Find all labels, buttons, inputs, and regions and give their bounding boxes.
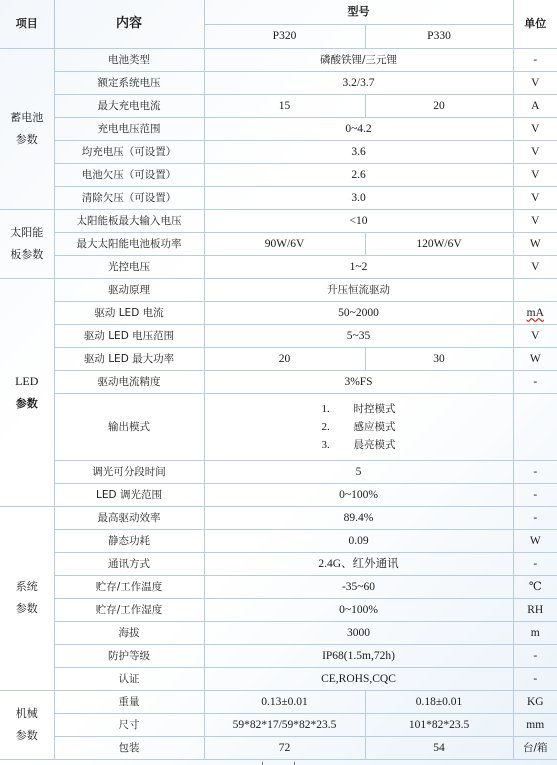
item-value: 0~100% [204, 598, 513, 621]
item-unit: V [513, 117, 557, 140]
header-item: 项目 [0, 0, 54, 48]
item-unit: - [513, 552, 557, 575]
table-row: 调光可分段时间 5 - [0, 460, 557, 483]
modes-list: 1.时控模式 2.感应模式 3.晨亮模式 [322, 398, 396, 456]
item-value: 0~4.2 [204, 117, 513, 140]
table-row: 系统 参数 最高驱动效率 89.4% - [0, 506, 557, 529]
item-value-p320: 0.13±0.01 [204, 690, 365, 713]
item-unit: m [513, 621, 557, 644]
item-unit: - [513, 48, 557, 71]
item-label: 驱动 LED 电流 [54, 301, 204, 324]
group-label-line: 蓄电池 [10, 111, 43, 124]
group-label-line: 参数 [16, 397, 38, 410]
item-value: 3.0 [204, 186, 513, 209]
group-label-line: 机械 [16, 707, 38, 720]
item-unit: - [513, 644, 557, 667]
item-value: 5 [204, 460, 513, 483]
table-row: 认证 CE,ROHS,CQC - [0, 667, 557, 690]
table-row: 清除欠压（可设置） 3.0 V [0, 186, 557, 209]
item-unit: W [513, 232, 557, 255]
item-label: 充电电压范围 [54, 117, 204, 140]
item-label: 最高驱动效率 [54, 506, 204, 529]
header-model-p330: P330 [365, 24, 513, 48]
table-row: 通讯方式 2.4G、红外通讯 - [0, 552, 557, 575]
item-unit: KG [513, 690, 557, 713]
item-value: 50~2000 [204, 301, 513, 324]
item-label: 防护等级 [54, 644, 204, 667]
item-label: 驱动原理 [54, 278, 204, 301]
item-unit [513, 393, 557, 460]
group-label-line: 参数 [16, 133, 38, 146]
table-row: 最大太阳能电池板功率 90W/6V 120W/6V W [0, 232, 557, 255]
item-unit: - [513, 483, 557, 506]
item-value: IP68(1.5m,72h) [204, 644, 513, 667]
group-battery: 蓄电池 参数 [0, 48, 54, 209]
table-row: 机械 参数 重量 0.13±0.01 0.18±0.01 KG [0, 690, 557, 713]
table-row: 包装 72 54 台/箱 [0, 736, 557, 759]
item-value: 3.6 [204, 140, 513, 163]
table-row: 充电电压范围 0~4.2 V [0, 117, 557, 140]
table-row: 太阳能 板参数 太阳能板最大输入电压 <10 V [0, 209, 557, 232]
mode-item: 1.时控模式 [322, 400, 396, 418]
output-modes: 1.时控模式 2.感应模式 3.晨亮模式 [204, 393, 513, 460]
item-value-p330: 54 [365, 736, 513, 759]
item-value: 2.6 [204, 163, 513, 186]
group-label-line: 系统 [16, 580, 38, 593]
item-label: 包装 [54, 736, 204, 759]
group-label-line: LED [15, 374, 38, 388]
group-led: LED 参数 [0, 278, 54, 506]
item-value: -35~60 [204, 575, 513, 598]
table-row: 蓄电池 参数 电池类型 磷酸铁锂/三元锂 - [0, 48, 557, 71]
table-row: 驱动电流精度 3%FS - [0, 370, 557, 393]
item-unit: 台/箱 [513, 736, 557, 759]
table-row: 尺寸 59*82*17/59*82*23.5 101*82*23.5 mm [0, 713, 557, 736]
item-value-p320: 59*82*17/59*82*23.5 [204, 713, 365, 736]
mode-number: 3. [322, 436, 354, 454]
item-label: 认证 [54, 667, 204, 690]
mode-number: 1. [322, 400, 354, 418]
table-row: 额定系统电压 3.2/3.7 V [0, 71, 557, 94]
table-row: LED 调光范围 0~100% - [0, 483, 557, 506]
table-row: 驱动 LED 最大功率 20 30 W [0, 347, 557, 370]
item-unit: RH [513, 598, 557, 621]
table-row: 海拔 3000 m [0, 621, 557, 644]
item-unit: V [513, 71, 557, 94]
item-label: 电池类型 [54, 48, 204, 71]
item-unit: A [513, 94, 557, 117]
mode-number: 2. [322, 418, 354, 436]
item-value: 3000 [204, 621, 513, 644]
item-value-p330: 0.18±0.01 [365, 690, 513, 713]
header-model: 型号 [204, 0, 513, 24]
table-row: 电池欠压（可设置） 2.6 V [0, 163, 557, 186]
item-label: 静态功耗 [54, 529, 204, 552]
item-label: 海拔 [54, 621, 204, 644]
item-label: 输出模式 [54, 393, 204, 460]
item-label: 驱动 LED 电压范围 [54, 324, 204, 347]
item-unit: - [513, 370, 557, 393]
item-unit: V [513, 209, 557, 232]
item-unit: V [513, 255, 557, 278]
unit-text: mA [527, 307, 544, 319]
item-label: LED 调光范围 [54, 483, 204, 506]
item-value: 2.4G、红外通讯 [204, 552, 513, 575]
item-value-p320: 20 [204, 347, 365, 370]
item-label: 额定系统电压 [54, 71, 204, 94]
item-unit: mA [513, 301, 557, 324]
item-value: 3.2/3.7 [204, 71, 513, 94]
spec-table: 项目 内容 型号 单位 P320 P330 蓄电池 参数 电池类型 磷酸铁锂/三… [0, 0, 557, 760]
item-label: 贮存/工作温度 [54, 575, 204, 598]
item-label: 通讯方式 [54, 552, 204, 575]
item-unit: V [513, 163, 557, 186]
table-row: LED 参数 驱动原理 升压恒流驱动 [0, 278, 557, 301]
item-label: 尺寸 [54, 713, 204, 736]
item-unit: mm [513, 713, 557, 736]
table-row: 防护等级 IP68(1.5m,72h) - [0, 644, 557, 667]
item-value: 磷酸铁锂/三元锂 [204, 48, 513, 71]
item-label: 太阳能板最大输入电压 [54, 209, 204, 232]
group-label-line: 参数 [16, 602, 38, 615]
item-unit [513, 278, 557, 301]
table-row: 贮存/工作温度 -35~60 ℃ [0, 575, 557, 598]
item-value-p320: 72 [204, 736, 365, 759]
item-unit: V [513, 324, 557, 347]
table-row: 均充电压（可设置） 3.6 V [0, 140, 557, 163]
item-value: CE,ROHS,CQC [204, 667, 513, 690]
item-value: 0~100% [204, 483, 513, 506]
item-value: 5~35 [204, 324, 513, 347]
table-row: 贮存/工作湿度 0~100% RH [0, 598, 557, 621]
item-label: 最大充电电流 [54, 94, 204, 117]
item-value: <10 [204, 209, 513, 232]
mode-label: 时控模式 [354, 403, 396, 415]
item-value: 升压恒流驱动 [204, 278, 513, 301]
mode-item: 3.晨亮模式 [322, 436, 396, 454]
item-label: 均充电压（可设置） [54, 140, 204, 163]
item-unit: - [513, 506, 557, 529]
mode-item: 2.感应模式 [322, 418, 396, 436]
item-value-p320: 90W/6V [204, 232, 365, 255]
item-unit: ℃ [513, 575, 557, 598]
group-system: 系统 参数 [0, 506, 54, 690]
table-row: 静态功耗 0.09 W [0, 529, 557, 552]
item-value-p330: 20 [365, 94, 513, 117]
mode-label: 感应模式 [354, 421, 396, 433]
group-solar: 太阳能 板参数 [0, 209, 54, 278]
mode-label: 晨亮模式 [354, 439, 396, 451]
item-label: 最大太阳能电池板功率 [54, 232, 204, 255]
item-unit: V [513, 186, 557, 209]
table-row: 最大充电电流 15 20 A [0, 94, 557, 117]
item-label: 光控电压 [54, 255, 204, 278]
header-model-p320: P320 [204, 24, 365, 48]
group-label-line: 太阳能 [10, 226, 43, 239]
group-label-line: 板参数 [10, 248, 43, 261]
item-unit: V [513, 140, 557, 163]
item-unit: - [513, 667, 557, 690]
item-unit: W [513, 347, 557, 370]
header-unit: 单位 [513, 0, 557, 48]
item-value: 0.09 [204, 529, 513, 552]
header-content: 内容 [54, 0, 204, 48]
table-row: 输出模式 1.时控模式 2.感应模式 3.晨亮模式 [0, 393, 557, 460]
item-value-p330: 101*82*23.5 [365, 713, 513, 736]
item-value: 3%FS [204, 370, 513, 393]
group-label-line: 参数 [16, 729, 38, 742]
table-row: 光控电压 1~2 V [0, 255, 557, 278]
table-row: 驱动 LED 电流 50~2000 mA [0, 301, 557, 324]
item-value: 89.4% [204, 506, 513, 529]
item-label: 调光可分段时间 [54, 460, 204, 483]
item-label: 电池欠压（可设置） [54, 163, 204, 186]
item-label: 贮存/工作湿度 [54, 598, 204, 621]
item-value-p330: 120W/6V [365, 232, 513, 255]
item-label: 驱动 LED 最大功率 [54, 347, 204, 370]
item-value-p330: 30 [365, 347, 513, 370]
group-mechanical: 机械 参数 [0, 690, 54, 759]
table-row: 驱动 LED 电压范围 5~35 V [0, 324, 557, 347]
item-label: 驱动电流精度 [54, 370, 204, 393]
item-label: 重量 [54, 690, 204, 713]
item-label: 清除欠压（可设置） [54, 186, 204, 209]
item-value-p320: 15 [204, 94, 365, 117]
item-unit: - [513, 460, 557, 483]
item-value: 1~2 [204, 255, 513, 278]
item-unit: W [513, 529, 557, 552]
